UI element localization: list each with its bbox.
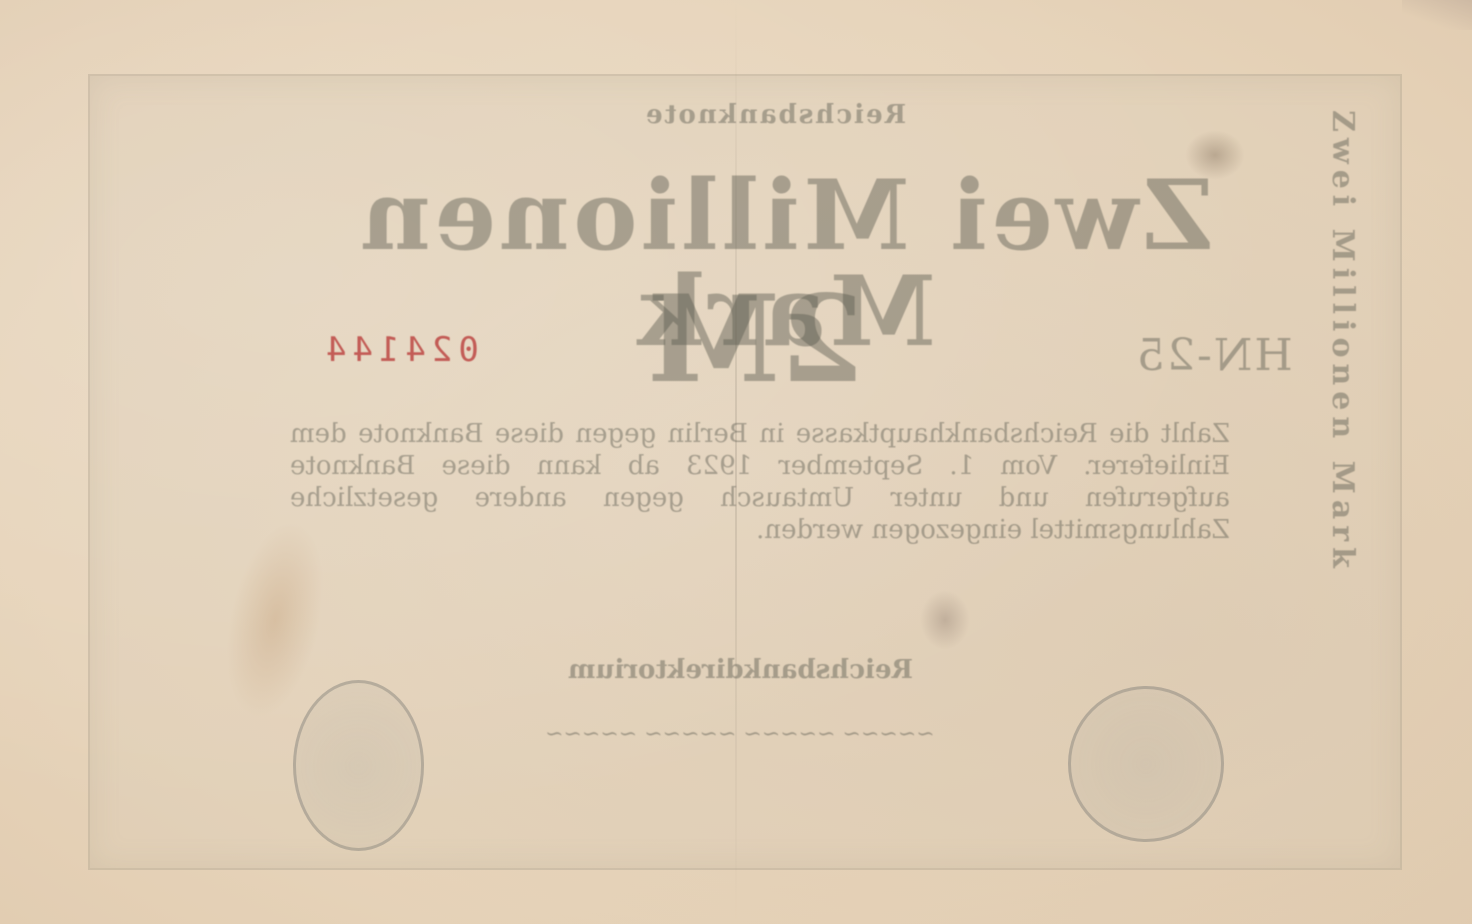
vertical-side-text: Zwei Millionen Mark <box>1300 110 1360 830</box>
signatures-mirrored: ~~~~~ ~~~~~ ~~~~~ ~~~~~ <box>545 720 935 750</box>
denomination-mark: 2M <box>585 280 925 400</box>
legal-paragraph-mirrored: Zahlt die Reichsbankhauptkasse in Berlin… <box>290 418 1230 546</box>
legal-paragraph: Zahlt die Reichsbankhauptkasse in Berlin… <box>290 418 1230 546</box>
header-text: Reichsbanknote <box>545 100 1005 130</box>
serial-black-mirrored: HN-25 <box>1135 330 1293 381</box>
place-date: Reichsbankdirektorium <box>480 655 1000 685</box>
dirt-stain <box>920 590 970 650</box>
corner-fold <box>1402 0 1472 30</box>
seal-stamp-left <box>293 680 424 851</box>
serial-number-black: HN-25 <box>1135 330 1293 381</box>
denomination-mark-mirrored: 2M <box>647 280 863 400</box>
serial-red-mirrored: 024144 <box>320 330 479 370</box>
issuer-mirrored: Reichsbankdirektorium <box>568 655 913 685</box>
header-text-mirrored: Reichsbanknote <box>644 100 906 130</box>
serial-number-red: 024144 <box>320 330 479 370</box>
signatures: ~~~~~ ~~~~~ ~~~~~ ~~~~~ <box>470 720 1010 750</box>
vertical-side-text-content: Zwei Millionen Mark <box>1325 110 1360 574</box>
seal-stamp-right <box>1068 686 1224 842</box>
